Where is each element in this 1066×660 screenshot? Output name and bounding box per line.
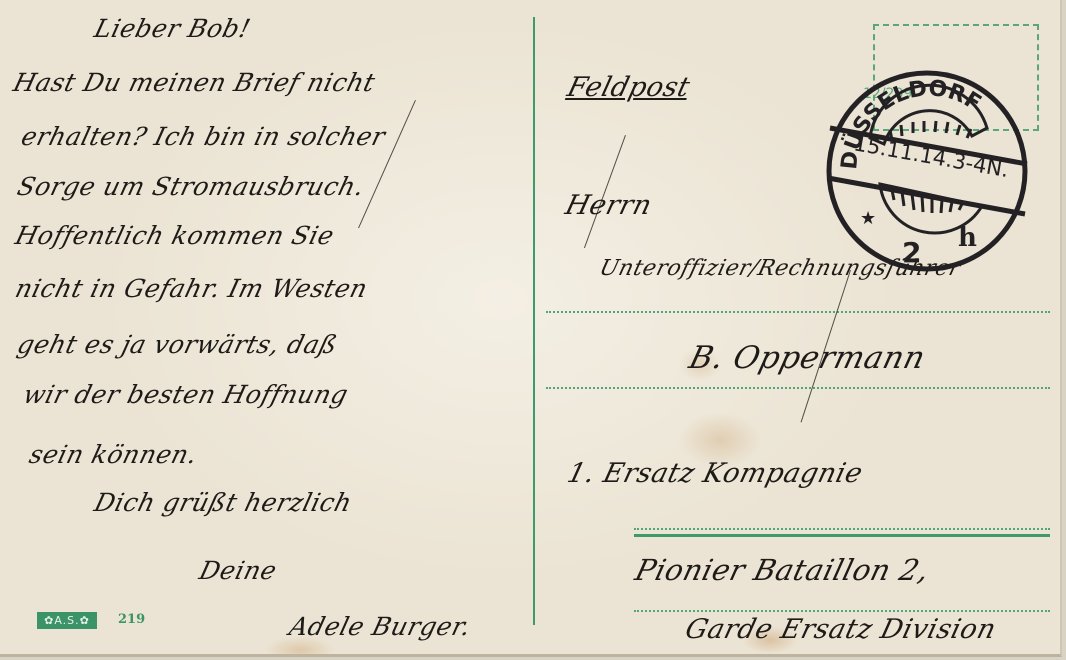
postmark-date: 15.11.14.3-4N. xyxy=(852,131,1011,182)
message-line: sein können. xyxy=(26,440,200,469)
address-line-1 xyxy=(546,311,1050,313)
address-salutation: Herrn xyxy=(562,190,655,221)
address-line-3-dotted xyxy=(634,528,1050,530)
address-unit-2: Pionier Bataillon 2, xyxy=(632,553,933,587)
address-line-3-solid xyxy=(634,534,1050,537)
message-line: Dich grüßt herzlich xyxy=(91,488,355,517)
message-line: Deine xyxy=(196,556,279,585)
printer-number: 219 xyxy=(118,612,145,627)
postcard: 12/209 Lieber Bob! Hast Du meinen Brief … xyxy=(0,0,1062,657)
message-signature: Adele Burger. xyxy=(286,612,474,641)
address-unit-3: Garde Ersatz Division xyxy=(682,614,999,645)
postmark-suffix: h xyxy=(958,223,977,253)
message-line: Lieber Bob! xyxy=(91,14,253,43)
message-line: Hast Du meinen Brief nicht xyxy=(10,68,378,97)
postmark-star: ★ xyxy=(860,208,876,229)
message-line: erhalten? Ich bin in solcher xyxy=(18,122,388,151)
message-line: nicht in Gefahr. Im Westen xyxy=(12,274,370,303)
pen-stroke xyxy=(358,100,416,228)
message-line: geht es ja vorwärts, daß xyxy=(14,330,340,359)
center-divider-line xyxy=(533,17,535,625)
message-line: Sorge um Stromausbruch. xyxy=(14,172,367,201)
printer-logo: ✿A.S.✿ xyxy=(37,612,97,629)
message-line: wir der besten Hoffnung xyxy=(20,380,351,409)
address-line-2 xyxy=(546,387,1050,389)
address-unit-1: 1. Ersatz Kompagnie xyxy=(564,458,866,489)
message-line: Hoffentlich kommen Sie xyxy=(12,221,337,250)
feldpost-label: Feldpost xyxy=(564,72,693,103)
dusseldorf-postmark: DÜSSELDORF 15.11.14.3-4N. ★ 2 h xyxy=(822,66,1032,276)
address-name: B. Oppermann xyxy=(686,340,930,376)
address-line-4 xyxy=(634,610,1050,612)
postmark-office-number: 2 xyxy=(902,236,921,269)
